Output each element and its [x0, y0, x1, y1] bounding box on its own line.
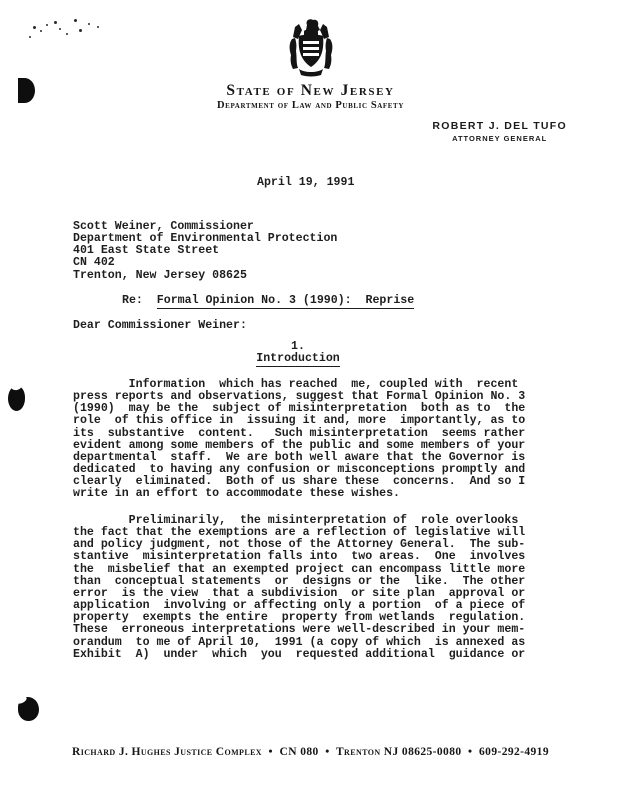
scan-speckle	[46, 24, 48, 26]
re-subject: Formal Opinion No. 3 (1990): Reprise	[157, 294, 414, 309]
scanned-letter-page: State of New Jersey Department of Law an…	[0, 0, 621, 800]
scan-speckle	[59, 28, 61, 30]
re-label: Re:	[122, 294, 157, 307]
footer-address-line: Richard J. Hughes Justice Complex • CN 0…	[0, 746, 621, 758]
scan-speckle	[74, 19, 77, 22]
scan-speckle	[29, 36, 31, 38]
scan-speckle	[79, 29, 82, 32]
recipient-address: Scott Weiner, Commissioner Department of…	[73, 221, 337, 282]
scan-speckle	[97, 26, 99, 28]
scan-speckle	[54, 21, 57, 24]
letterhead-department-name: Department of Law and Public Safety	[0, 100, 621, 111]
nj-state-seal	[285, 18, 337, 83]
nj-coat-of-arms-icon	[285, 18, 337, 78]
re-line: Re: Formal Opinion No. 3 (1990): Reprise	[122, 295, 414, 307]
attorney-general-block: ROBERT J. DEL TUFO ATTORNEY GENERAL	[432, 120, 567, 143]
official-name: ROBERT J. DEL TUFO	[432, 120, 567, 132]
scan-speckle	[88, 23, 90, 25]
paragraph-2: Preliminarily, the misinterpretation of …	[73, 515, 525, 661]
official-title: ATTORNEY GENERAL	[432, 134, 567, 143]
letterhead-state-name: State of New Jersey	[0, 82, 621, 100]
section-title: Introduction	[256, 353, 340, 367]
paragraph-1: Information which has reached me, couple…	[73, 379, 525, 501]
salutation: Dear Commissioner Weiner:	[73, 320, 247, 332]
scan-blob	[8, 386, 25, 411]
section-title-wrap: Introduction	[73, 353, 523, 367]
scan-speckle	[33, 26, 36, 29]
scan-speckle	[66, 33, 68, 35]
scan-blob	[18, 697, 39, 721]
letter-date: April 19, 1991	[257, 177, 354, 189]
scan-speckle	[40, 30, 42, 32]
